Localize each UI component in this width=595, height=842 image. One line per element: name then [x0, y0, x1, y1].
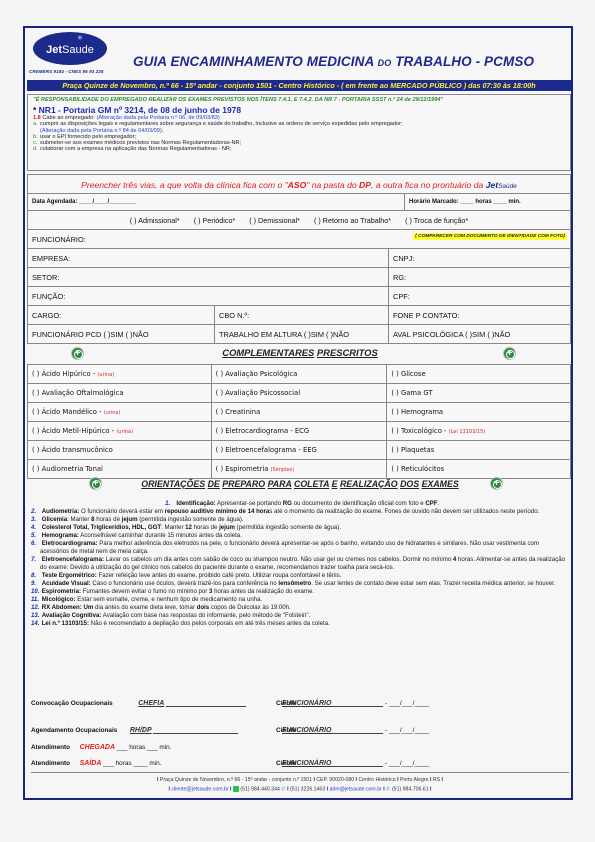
- cpf-field[interactable]: CPF:: [388, 287, 570, 305]
- position-row: CARGO: CBO N.º: FONE P CONTATO:: [27, 306, 571, 325]
- table-row: ( ) Ácido Mandélico - (urina)( ) Creatin…: [28, 403, 571, 422]
- instruction-item: 4. Colesterol Total, Triglicerídios, HDL…: [31, 524, 569, 532]
- instruction-heading: Espirometria:: [42, 588, 81, 595]
- guide-page: ✳ JetSaude CREMERS 9184 - CNES 95 93 225…: [23, 26, 573, 800]
- instruction-heading: RX Abdomen: Um: [42, 604, 94, 611]
- exam-label: ( ) Ácido transmucônico: [32, 446, 113, 454]
- footer-address-part: Porto Alegre: [400, 777, 429, 783]
- exam-note: (urina): [104, 410, 121, 416]
- instruction-text: : Manter 12 horas de jejum (permitida in…: [161, 524, 341, 531]
- exam-label: ( ) Plaquetas: [391, 446, 434, 454]
- page-title: GUIA ENCAMINHAMENTO MEDICINA DO TRABALHO…: [133, 54, 534, 69]
- sector-field[interactable]: SETOR:: [28, 268, 388, 286]
- convocation-signature: Convocação Ocupacionais CHEFIA: [31, 700, 246, 707]
- instruction-item: 1. Identificação: Apresentar-se portando…: [31, 500, 569, 508]
- flags-row: FUNCIONÁRIO PCD ( )SIM ( )NÃO TRABALHO E…: [27, 325, 571, 344]
- instruction-heading: Colesterol Total, Triglicerídios, HDL, G…: [42, 524, 161, 531]
- exam-label: ( ) Creatinina: [216, 408, 261, 416]
- instruction-item: 11. Micológico: Estar sem esmalte, creme…: [31, 596, 569, 604]
- exam-label: ( ) Avaliação Oftalmológica: [32, 389, 124, 397]
- instruction-number: 3.: [31, 516, 40, 524]
- exam-checkbox-item[interactable]: ( ) Avaliação Psicossocial: [211, 384, 387, 403]
- instruction-heading: Teste Ergométrico:: [42, 572, 97, 579]
- instruction-number: 4.: [31, 524, 40, 532]
- instruction-item: 5. Hemograma: Aconselhável caminhar dura…: [31, 532, 569, 540]
- table-row: ( ) Ácido Metil-Hipúrico - (urina)( ) El…: [28, 422, 571, 441]
- instruction-text: Estar sem esmalte, creme, e nenhum tipo …: [76, 596, 263, 603]
- exam-type-option[interactable]: ( ) Admissional*: [130, 216, 180, 225]
- function-row: FUNÇÃO: CPF:: [27, 287, 571, 306]
- company-field[interactable]: EMPRESA:: [28, 249, 388, 267]
- footer-address: I Praça Quinze de Novembro, n.º 66 - 15º…: [25, 777, 575, 783]
- exam-checkbox-item[interactable]: ( ) Avaliação Psicológica: [211, 365, 387, 384]
- exam-checkbox-item[interactable]: ( ) Glicose: [387, 365, 571, 384]
- table-row: ( ) Ácido Hipúrico - (urina)( ) Avaliaçã…: [28, 365, 571, 384]
- instruction-text: Lavar os cabelos um dia antes com sabão …: [40, 556, 565, 571]
- instruction-heading: Identificação:: [176, 500, 215, 507]
- instruction-item: 13. Avaliação Cognitiva: Avaliação com b…: [31, 612, 569, 620]
- exam-label: ( ) Ácido Metil-Hipúrico -: [32, 427, 116, 435]
- instruction-text: O funcionário deverá estar em repouso au…: [79, 508, 539, 515]
- footer-address-part: CEP. 90020-080: [316, 777, 354, 783]
- exam-checkbox-item[interactable]: ( ) Toxicológico - (Lei 13103/15): [387, 422, 571, 441]
- exam-label: ( ) Glicose: [391, 370, 425, 378]
- photo-id-note: ( COMPARECER COM DOCUMENTO DE IDENTIDADE…: [413, 233, 567, 240]
- instruction-item: 2. Audiometria: O funcionário deverá est…: [31, 508, 569, 516]
- exam-label: ( ) Espirometria: [216, 465, 271, 473]
- exam-note: (Simples): [271, 467, 295, 473]
- instruction-number: 13.: [31, 612, 40, 620]
- instruction-number: 2.: [31, 508, 40, 516]
- employee-ack-1: Ciente FUNCIONÁRIO - ___/___/____: [276, 700, 429, 707]
- instruction-text: Avaliação com base nas respostas do info…: [101, 612, 310, 619]
- instruction-number: 6.: [31, 540, 40, 548]
- preparation-instructions-list: 1. Identificação: Apresentar-se portando…: [31, 500, 569, 628]
- exam-checkbox-item[interactable]: ( ) Ácido Metil-Hipúrico - (urina): [28, 422, 212, 441]
- instruction-item: 10. Espirometria: Fumantes devem evitar …: [31, 588, 569, 596]
- exam-type-option[interactable]: ( ) Troca de função*: [405, 216, 468, 225]
- height-work-checkbox[interactable]: TRABALHO EM ALTURA ( )SIM ( )NÃO: [214, 325, 388, 343]
- whatsapp-icon: [233, 786, 239, 792]
- instruction-text: Caso o funcionário use óculos, deverá tr…: [91, 580, 556, 587]
- psych-eval-checkbox[interactable]: AVAL PSICOLÓGICA ( )SIM ( )NÃO: [388, 325, 570, 343]
- instruction-item: 12. RX Abdomen: Um dia antes do exame di…: [31, 604, 569, 612]
- exam-checkbox-item[interactable]: ( ) Gama GT: [387, 384, 571, 403]
- exam-note: (urina): [97, 372, 114, 378]
- exam-checkbox-item[interactable]: ( ) Eletrocardiograma - ECG: [211, 422, 387, 441]
- fill-instructions: Preencher três vias, a que volta da clín…: [27, 174, 571, 194]
- instruction-number: 9.: [31, 580, 40, 588]
- exam-checkbox-item[interactable]: ( ) Creatinina: [211, 403, 387, 422]
- exam-checkbox-item[interactable]: ( ) Eletroencefalograma - EEG: [211, 441, 387, 460]
- exam-checkbox-item[interactable]: ( ) Ácido Hipúrico - (urina): [28, 365, 212, 384]
- exam-label: ( ) Audiometria Tonal: [32, 465, 103, 473]
- instruction-number: 12.: [31, 604, 40, 612]
- footer-divider: [31, 772, 569, 773]
- position-field[interactable]: CARGO:: [28, 306, 214, 324]
- employee-ack-2: Ciente FUNCIONÁRIO - ___/___/____: [276, 727, 429, 734]
- complementary-exams-table: ( ) Ácido Hipúrico - (urina)( ) Avaliaçã…: [27, 364, 571, 479]
- chefia-signature-line[interactable]: [166, 700, 246, 707]
- exam-checkbox-item[interactable]: ( ) Ácido Mandélico - (urina): [28, 403, 212, 422]
- phone-icon: ✆: [386, 786, 390, 792]
- instruction-heading: Avaliação Cognitiva:: [42, 612, 102, 619]
- arrival-time: Atendimento CHEGADA ___ horas ___ min.: [31, 744, 172, 751]
- preparation-instructions-title: ORIENTAÇÕES DE PREPARO PARA COLETA E REA…: [25, 479, 575, 489]
- instruction-number: 10.: [31, 588, 40, 596]
- exam-label: ( ) Ácido Hipúrico -: [32, 370, 97, 378]
- date-scheduled-field[interactable]: Data Agendada: ____/____/________: [28, 194, 404, 210]
- instruction-number: 7.: [31, 556, 40, 564]
- table-row: ( ) Ácido transmucônico( ) Eletroencefal…: [28, 441, 571, 460]
- exam-note: (urina): [116, 429, 133, 435]
- rhdp-signature-line[interactable]: [153, 727, 238, 734]
- instruction-heading: Eletrocardiograma:: [42, 540, 98, 547]
- exam-label: ( ) Eletroencefalograma - EEG: [216, 446, 317, 454]
- instruction-number: 14.: [31, 620, 40, 628]
- nr-info-box: "É RESPONSABILIDADE DO EMPREGADO REALIZA…: [27, 94, 571, 171]
- exam-type-option[interactable]: ( ) Demissional*: [249, 216, 300, 225]
- footer-address-part: RS: [433, 777, 440, 783]
- exam-checkbox-item[interactable]: ( ) Reticulócitos: [387, 460, 571, 479]
- phone-number-2[interactable]: (51) 984.706.61: [392, 786, 429, 792]
- exam-label: ( ) Eletrocardiograma - ECG: [216, 427, 310, 435]
- cremers-cnes: CREMERS 9184 - CNES 95 93 225: [29, 69, 103, 74]
- instruction-text: Fumantes devem evitar o fumo no mínimo p…: [81, 588, 314, 595]
- exam-label: ( ) Avaliação Psicológica: [216, 370, 298, 378]
- exam-checkbox-item[interactable]: ( ) Avaliação Oftalmológica: [28, 384, 212, 403]
- instruction-heading: Micológico:: [42, 596, 76, 603]
- jetsaude-logo: ✳ JetSaude: [33, 32, 107, 65]
- exam-checkbox-item[interactable]: ( ) Audiometria Tonal: [28, 460, 212, 479]
- table-row: ( ) Audiometria Tonal( ) Espirometria (S…: [28, 460, 571, 479]
- responsibility-quote: "É RESPONSABILIDADE DO EMPREGADO REALIZA…: [33, 97, 565, 103]
- employee-row: FUNCIONÁRIO: ( COMPARECER COM DOCUMENTO …: [27, 230, 571, 249]
- phone-number[interactable]: (51) 3226.1463: [290, 786, 325, 792]
- exam-type-options: ( ) Admissional*( ) Periódico*( ) Demiss…: [28, 216, 570, 225]
- logo-brand-regular: Saude: [62, 44, 94, 56]
- footer-address-part: Praça Quinze de Novembro, n.º 66 - 15º a…: [160, 777, 312, 783]
- exam-checkbox-item[interactable]: ( ) Ácido transmucônico: [28, 441, 212, 460]
- instruction-item: 8. Teste Ergométrico: Fazer refeição lev…: [31, 572, 569, 580]
- exam-type-option[interactable]: ( ) Retorno ao Trabalho*: [314, 216, 391, 225]
- exam-checkbox-item[interactable]: ( ) Espirometria (Simples): [211, 460, 387, 479]
- nr1-title: * NR1 - Portaria GM nº 3214, de 08 de ju…: [33, 105, 565, 115]
- nr-item-d: d.colaborar com a empresa na aplicação d…: [33, 146, 565, 152]
- instruction-item: 7. Eletroencefalograma: Lavar os cabelos…: [31, 556, 569, 572]
- instruction-text: dia antes do exame dieta leve, tomar doi…: [93, 604, 291, 611]
- instruction-number: 11.: [31, 596, 40, 604]
- footer-contacts: I cliente@jetsaude.com.br I (51) 984.440…: [25, 786, 575, 792]
- instruction-number: 1.: [161, 500, 175, 508]
- function-field[interactable]: FUNÇÃO:: [28, 287, 388, 305]
- instruction-number: 5.: [31, 532, 40, 540]
- instruction-text: Fazer refeição leve antes do exame, proi…: [97, 572, 342, 579]
- cnpj-field[interactable]: CNPJ:: [388, 249, 570, 267]
- logo-brand-bold: Jet: [46, 44, 62, 56]
- instruction-text: Não é recomendado a depilação dos pelos …: [89, 620, 330, 627]
- employee-ack-3: Ciente FUNCIONÁRIO - ___/___/____: [276, 760, 429, 767]
- exam-label: ( ) Reticulócitos: [391, 465, 444, 473]
- exam-checkbox-item[interactable]: ( ) Plaquetas: [387, 441, 571, 460]
- instruction-item: 9. Acuidade Visual: Caso o funcionário u…: [31, 580, 569, 588]
- instruction-text: Apresentar-se portando RG ou documento d…: [216, 500, 440, 507]
- cbo-field[interactable]: CBO N.º:: [214, 306, 388, 324]
- departure-time: Atendimento SAÍDA ___ horas ____ min.: [31, 760, 161, 767]
- exam-type-option[interactable]: ( ) Periódico*: [194, 216, 236, 225]
- footer-address-part: Centro Histórico: [358, 777, 395, 783]
- instruction-text: Aconselhável caminhar durante 15 minutos…: [79, 532, 242, 539]
- instruction-heading: Glicemia: [42, 516, 67, 523]
- rg-field[interactable]: RG:: [388, 268, 570, 286]
- instruction-heading: Audiometria:: [42, 508, 80, 515]
- instruction-heading: Lei n.º 13103/15:: [42, 620, 89, 627]
- exam-label: ( ) Hemograma: [391, 408, 443, 416]
- instruction-item: 6. Eletrocardiograma: Para melhor aderên…: [31, 540, 569, 556]
- pcd-checkbox[interactable]: FUNCIONÁRIO PCD ( )SIM ( )NÃO: [28, 325, 214, 343]
- exam-label: ( ) Avaliação Psicossocial: [216, 389, 300, 397]
- instruction-item: 3. Glicemia: Manter 8 horas de jejum (pe…: [31, 516, 569, 524]
- exam-note: (Lei 13103/15): [449, 429, 486, 435]
- client-email-link[interactable]: cliente@jetsaude.com.br: [171, 786, 228, 792]
- sector-row: SETOR: RG:: [27, 268, 571, 287]
- instruction-text: Para melhor aderência dos eletrodos na p…: [40, 540, 539, 555]
- contact-phone-field[interactable]: FONE P CONTATO:: [388, 306, 570, 324]
- time-scheduled-field[interactable]: Horário Marcado: ____ horas ____ min.: [404, 194, 570, 210]
- exam-type-row: ( ) Admissional*( ) Periódico*( ) Demiss…: [27, 211, 571, 230]
- exam-label: ( ) Ácido Mandélico -: [32, 408, 104, 416]
- instruction-item: 14. Lei n.º 13103/15: Não é recomendado …: [31, 620, 569, 628]
- table-row: ( ) Avaliação Oftalmológica( ) Avaliação…: [28, 384, 571, 403]
- schedule-row: Data Agendada: ____/____/________ Horári…: [27, 194, 571, 211]
- complementary-exams-title: COMPLEMENTARES PRESCRITOS: [25, 347, 575, 358]
- admin-email-link[interactable]: adm@jetsaude.com.br: [330, 786, 382, 792]
- address-bar: Praça Quinze de Novembro, n.º 66 - 15º a…: [27, 80, 571, 91]
- instruction-number: 8.: [31, 572, 40, 580]
- company-row: EMPRESA: CNPJ:: [27, 249, 571, 268]
- instruction-heading: Hemograma:: [42, 532, 79, 539]
- exam-checkbox-item[interactable]: ( ) Hemograma: [387, 403, 571, 422]
- exam-label: ( ) Toxicológico -: [391, 427, 448, 435]
- instruction-heading: Acuidade Visual:: [42, 580, 91, 587]
- instruction-heading: Eletroencefalograma:: [42, 556, 104, 563]
- star-icon: ✳: [77, 35, 83, 42]
- exam-label: ( ) Gama GT: [391, 389, 432, 397]
- scheduling-signature: Agendamento Ocupacionais RH/DP: [31, 727, 238, 734]
- instruction-text: : Manter 8 horas de jejum (permitida ing…: [67, 516, 244, 523]
- whatsapp-number[interactable]: (51) 984.440.344: [240, 786, 280, 792]
